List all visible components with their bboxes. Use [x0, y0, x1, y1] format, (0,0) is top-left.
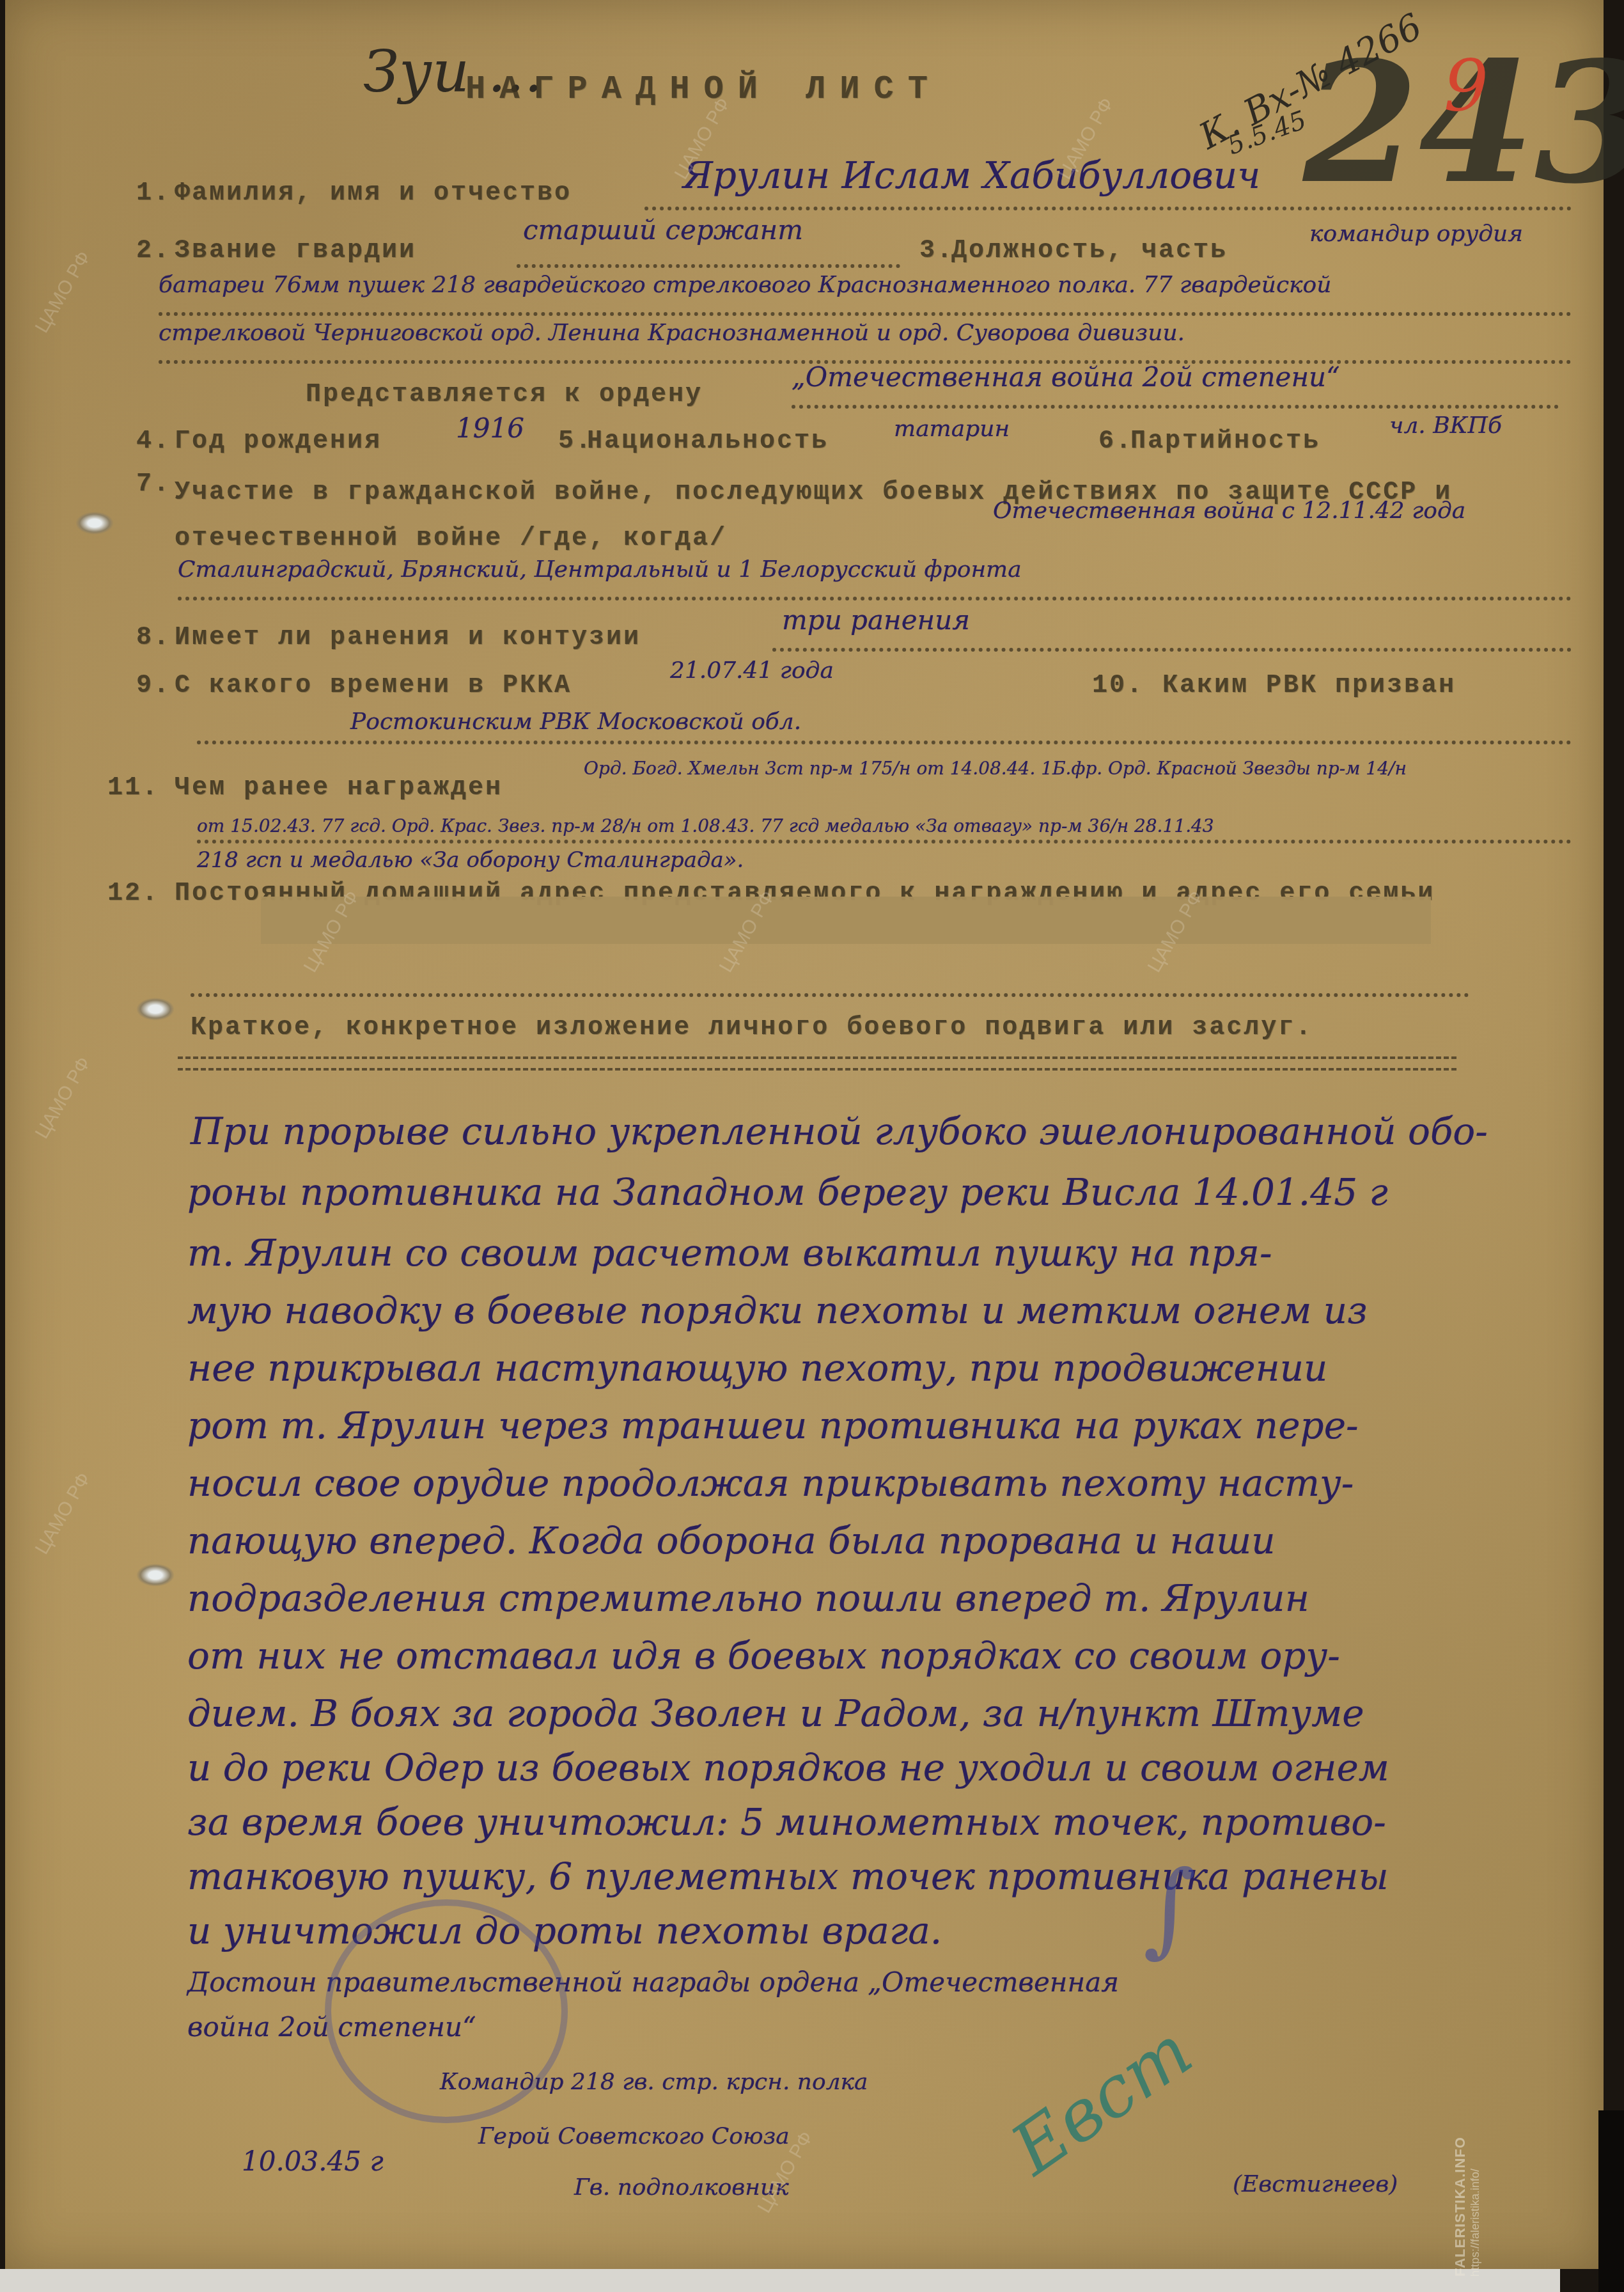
signature-line-1: Командир 218 гв. стр. крсн. полка	[440, 2069, 868, 2095]
field-11-value-line3: 218 гсп и медалью «За оборону Сталинград…	[197, 847, 744, 873]
narrative-line: рот т. Ярулин через траншеи противника н…	[187, 1404, 1359, 1447]
field-7-num: 7.	[136, 470, 171, 499]
narrative-line: т. Ярулин со своим расчетом выкатил пушк…	[187, 1231, 1272, 1275]
field-8-label: Имеет ли ранения и контузии	[175, 624, 641, 652]
double-underline	[178, 1056, 1456, 1071]
field-10-label: Каким РВК призван	[1162, 671, 1456, 700]
dotted-line	[191, 988, 1469, 997]
dotted-line	[197, 735, 1572, 744]
site-watermark-url: https://faleristika.info/	[1469, 2137, 1482, 2277]
narrative-line: и уничтожил до роты пехоты врага.	[187, 1909, 942, 1952]
field-5-label: Национальность	[587, 427, 829, 456]
archive-watermark: ЦАМО РФ	[31, 1053, 95, 1142]
signature-line-2: Герой Советского Союза	[478, 2123, 790, 2149]
order-label: Представляется к ордену	[306, 381, 703, 409]
field-12-num: 12.	[107, 879, 159, 908]
narrative-line: и до реки Одер из боевых порядков не ухо…	[187, 1746, 1389, 1789]
site-watermark: FALERISTIKA.INFO https://faleristika.inf…	[1452, 2137, 1482, 2277]
narrative-line: от них не отставал идя в боевых порядках…	[187, 1634, 1340, 1677]
field-8-num: 8.	[136, 624, 171, 652]
field-6-label: Партийность	[1130, 427, 1320, 456]
narrative-line: При прорыве сильно укрепленной глубоко э…	[191, 1110, 1488, 1153]
dotted-line	[159, 307, 1572, 316]
field-3-value: командир орудия	[1309, 221, 1523, 247]
field-3-unit-line1: батареи 76мм пушек 218 гвардейского стре…	[159, 272, 1331, 298]
signature-date: 10.03.45 г	[242, 2146, 384, 2177]
field-2-num: 2.	[136, 237, 171, 265]
dotted-line	[517, 259, 900, 268]
field-4-value: 1916	[456, 412, 524, 444]
red-mark: 9	[1444, 45, 1488, 127]
field-10-value: Ростокинским РВК Московской обл.	[350, 709, 801, 735]
dotted-line	[772, 643, 1572, 652]
punch-hole	[75, 512, 114, 535]
field-4-num: 4.	[136, 427, 171, 456]
field-10-num: 10.	[1092, 671, 1144, 700]
field-11-value-line2: от 15.02.43. 77 гсд. Орд. Крас. Звез. пр…	[197, 815, 1214, 836]
dotted-line	[178, 592, 1572, 600]
field-8-value: три ранения	[782, 604, 970, 636]
field-9-value: 21.07.41 года	[670, 657, 834, 684]
commander-signature: Евст	[997, 2010, 1206, 2191]
narrative-line: дием. В боях за города Зволен и Радом, з…	[187, 1692, 1364, 1735]
scan-edge-bottom	[0, 2269, 1560, 2292]
field-9-num: 9.	[136, 671, 171, 700]
signature-line-3: Гв. подполковник	[574, 2174, 789, 2201]
punch-hole	[136, 1564, 175, 1587]
archive-watermark: ЦАМО РФ	[31, 1469, 95, 1558]
field-2-label: Звание гвардии	[175, 237, 416, 265]
field-3-label: Должность, часть	[951, 237, 1228, 265]
field-3-unit-line2: стрелковой Черниговской орд. Ленина Крас…	[159, 320, 1185, 346]
field-1-label: Фамилия, имя и отчество	[175, 179, 572, 208]
narrative-line: за время боев уничтожил: 5 минометных то…	[187, 1800, 1386, 1844]
field-9-label: С какого времени в РККА	[175, 671, 572, 700]
field-7-value: Отечественная война с 12.11.42 года	[993, 498, 1465, 524]
field-11-value-line1: Орд. Богд. Хмельн 3ст пр-м 175/н от 14.0…	[584, 758, 1407, 779]
punch-hole	[136, 998, 175, 1021]
stamp-signature-stroke: ∫	[1143, 1848, 1196, 1968]
narrative-line: пающую вперед. Когда оборона была прорва…	[187, 1519, 1276, 1562]
redacted-address	[261, 897, 1431, 944]
field-4-label: Год рождения	[175, 427, 382, 456]
field-6-num: 6.	[1098, 427, 1133, 456]
order-value: „Отечественная война 2ой степени“	[792, 361, 1340, 393]
dotted-line	[792, 400, 1559, 409]
narrative-line: роны противника на Западном берегу реки …	[187, 1170, 1388, 1214]
dotted-line	[197, 835, 1572, 844]
signature-name: (Евстигнеев)	[1233, 2171, 1398, 2197]
site-watermark-title: FALERISTIKA.INFO	[1452, 2137, 1469, 2277]
narrative-line: мую наводку в боевые порядки пехоты и ме…	[187, 1289, 1368, 1332]
field-7-fronts: Сталинградский, Брянский, Центральный и …	[178, 556, 1022, 583]
narrative-line: подразделения стремительно пошли вперед …	[187, 1576, 1309, 1620]
field-5-value: татарин	[894, 416, 1010, 442]
field-1-num: 1.	[136, 179, 171, 208]
section-heading: Краткое, конкретное изложение личного бо…	[191, 1014, 1313, 1042]
scan-edge-right	[1598, 2110, 1624, 2292]
document-title: НАГРАДНОЙ ЛИСТ	[465, 70, 942, 108]
field-2-value: старший сержант	[523, 214, 803, 246]
field-1-value: Ярулин Ислам Хабибуллович	[683, 153, 1260, 197]
narrative-line: танковую пушку, 6 пулеметных точек проти…	[187, 1855, 1389, 1898]
field-6-value: чл. ВКПб	[1389, 412, 1502, 439]
award-sheet: Зуи ... НАГРАДНОЙ ЛИСТ К. Вх-№ 4266 5.5.…	[5, 0, 1604, 2269]
archive-watermark: ЦАМО РФ	[31, 247, 95, 336]
narrative-line: нее прикрывал наступающую пехоту, при пр…	[187, 1346, 1327, 1390]
field-11-num: 11.	[107, 774, 159, 803]
field-11-label: Чем ранее награжден	[175, 774, 503, 803]
narrative-line: носил свое орудие продолжая прикрывать п…	[187, 1461, 1354, 1505]
dotted-line	[644, 201, 1572, 210]
field-3-num: 3.	[919, 237, 954, 265]
